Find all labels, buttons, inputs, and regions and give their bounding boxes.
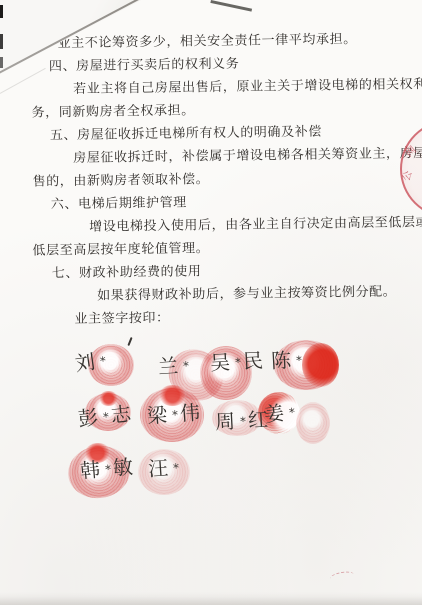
masked-char: * <box>240 414 247 428</box>
signature-char: 吴 <box>209 350 233 375</box>
section-4-heading: 四、房屋进行买卖后的权利义务 <box>49 56 240 77</box>
signature-char: 彭 <box>77 405 102 431</box>
masked-char: * <box>172 408 179 422</box>
signature-name: 韩*敏 <box>79 450 137 484</box>
signature-char: 梁 <box>146 402 171 428</box>
signature-name: 姜* <box>262 395 298 428</box>
section-5-line-2: 售的，由新购房者领取补偿。 <box>32 171 209 191</box>
agreement-text-block: 业主不论筹资多少，相关安全责任一律平均承担。 四、房屋进行买卖后的权利义务 若业… <box>0 0 422 605</box>
signature-name: 陈* <box>270 343 304 374</box>
masked-char: * <box>235 355 242 369</box>
signature-name: 彭*志 <box>76 397 135 432</box>
signature-char: 敏 <box>112 454 137 480</box>
signature-char: 陈 <box>270 348 294 373</box>
masked-char: * <box>296 353 303 367</box>
section-5-heading: 五、房屋征收拆迁电梯所有权人的明确及补偿 <box>50 124 322 146</box>
scan-bottom-shadow <box>0 592 422 605</box>
masked-char: * <box>102 410 109 425</box>
signature-name: 吴*民 <box>209 344 266 376</box>
scan-edge-artifact <box>0 5 3 18</box>
signature-char: 志 <box>110 401 135 427</box>
masked-char: * <box>99 354 107 369</box>
scan-edge-artifact <box>0 34 3 49</box>
signature-char: 周 <box>214 409 238 434</box>
masked-char: * <box>105 462 112 476</box>
section-6-line-1: 增设电梯投入使用后，由各业主自行决定由高层至低层或者由 <box>89 214 422 237</box>
signature-char: 姜 <box>263 400 289 427</box>
signature-char: 民 <box>242 348 266 373</box>
masked-char: * <box>183 359 190 373</box>
signature-name: 兰* <box>157 349 192 380</box>
masked-char: * <box>288 405 296 420</box>
signature-char: 伟 <box>179 400 204 426</box>
section-7-line-1: 如果获得财政补助后，参与业主按筹资比例分配。 <box>97 283 396 305</box>
signature-char: 兰 <box>157 353 182 379</box>
signature-char: 韩 <box>79 457 104 483</box>
signature-char: 刘 <box>74 349 100 376</box>
section-4-line-2: 务，同新购房者全权承担。 <box>31 102 194 122</box>
masked-char: * <box>173 461 180 475</box>
section-6-line-2: 低层至高层按年度轮值管理。 <box>32 240 209 260</box>
signature-caption: 业主签字按印： <box>74 310 169 329</box>
signature-name: 梁*伟 <box>146 396 204 429</box>
signature-char: 汪 <box>147 455 172 481</box>
signature-name: 汪* <box>147 451 182 482</box>
scan-edge-artifact <box>0 57 3 68</box>
section-7-heading: 七、财政补助经费的使用 <box>52 263 202 283</box>
scanned-agreement-page: 业主不论筹资多少，相关安全责任一律平均承担。 四、房屋进行买卖后的权利义务 若业… <box>0 0 422 605</box>
section-6-heading: 六、电梯后期维护管理 <box>51 194 187 214</box>
partial-paragraph-line: 业主不论筹资多少，相关安全责任一律平均承担。 <box>57 31 356 53</box>
section-4-line-1: 若业主将自己房屋出售后，原业主关于增设电梯的相关权利及义 <box>73 76 422 99</box>
signature-name: 刘* <box>73 344 110 377</box>
section-5-line-1: 房屋征收拆迁时，补偿属于增设电梯各相关筹资业主，房屋已出 <box>73 145 422 168</box>
